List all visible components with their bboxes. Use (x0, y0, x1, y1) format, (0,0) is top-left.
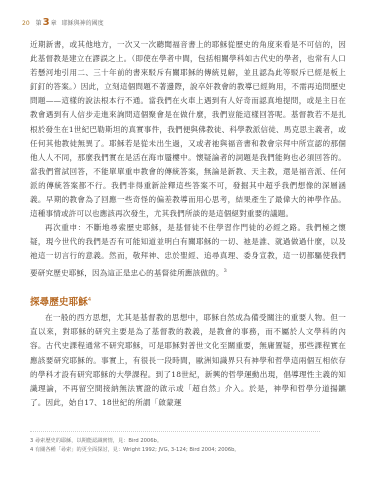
chapter-prefix: 第 (36, 18, 42, 27)
footnote-divider (30, 431, 320, 432)
page-number: 20 (22, 20, 30, 27)
footnote-ref[interactable]: 4 (88, 297, 91, 303)
section-heading: 探尋歷史耶穌4 (30, 292, 346, 311)
footnote-item: 3 尋索歷史的耶穌，以期能認識實情，見：Bird 2006b。 (30, 437, 350, 446)
footnote-ref[interactable]: 3 (224, 268, 227, 274)
footnote-text: 尋索歷史的耶穌，以期能認識實情，見：Bird 2006b。 (35, 438, 162, 444)
paragraph: 在一般的西方思想，尤其是基督教的思想中，耶穌自然成為備受關注的重要人物。但一直以… (30, 311, 346, 410)
body-text: 近期新書，或其他地方，一次又一次聽聞福音書上的耶穌從歷史的角度來看是不可信的，因… (30, 38, 346, 410)
chapter-number: 3 (43, 17, 50, 28)
footnotes: 3 尋索歷史的耶穌，以期能認識實情，見：Bird 2006b。 4 有關各種「尋… (30, 437, 350, 454)
footnote-text: 有關各種「尋索」的更全面探討，見：Wright 1992; JVG, 3-124… (35, 447, 240, 453)
footnote-number: 4 (30, 447, 33, 453)
running-head: 20 第 3 章 耶穌與神的國度 (22, 17, 104, 29)
chapter-title: 耶穌與神的國度 (62, 18, 104, 27)
footnote-number: 3 (30, 438, 33, 444)
paragraph: 近期新書，或其他地方，一次又一次聽聞福音書上的耶穌從歷史的角度來看是不可信的，因… (30, 38, 346, 221)
chapter-suffix: 章 (51, 18, 57, 27)
footnote-item: 4 有關各種「尋索」的更全面探討，見：Wright 1992; JVG, 3-1… (30, 446, 350, 455)
paragraph: 再次重申：不斷地尋索歷史耶穌，是基督徒不住學習作門徒的必經之路。我們極之懷疑，現… (30, 221, 346, 280)
section-heading-text: 探尋歷史耶穌 (30, 297, 88, 308)
paragraph-text: 再次重申：不斷地尋索歷史耶穌，是基督徒不住學習作門徒的必經之路。我們極之懷疑，現… (30, 223, 346, 277)
